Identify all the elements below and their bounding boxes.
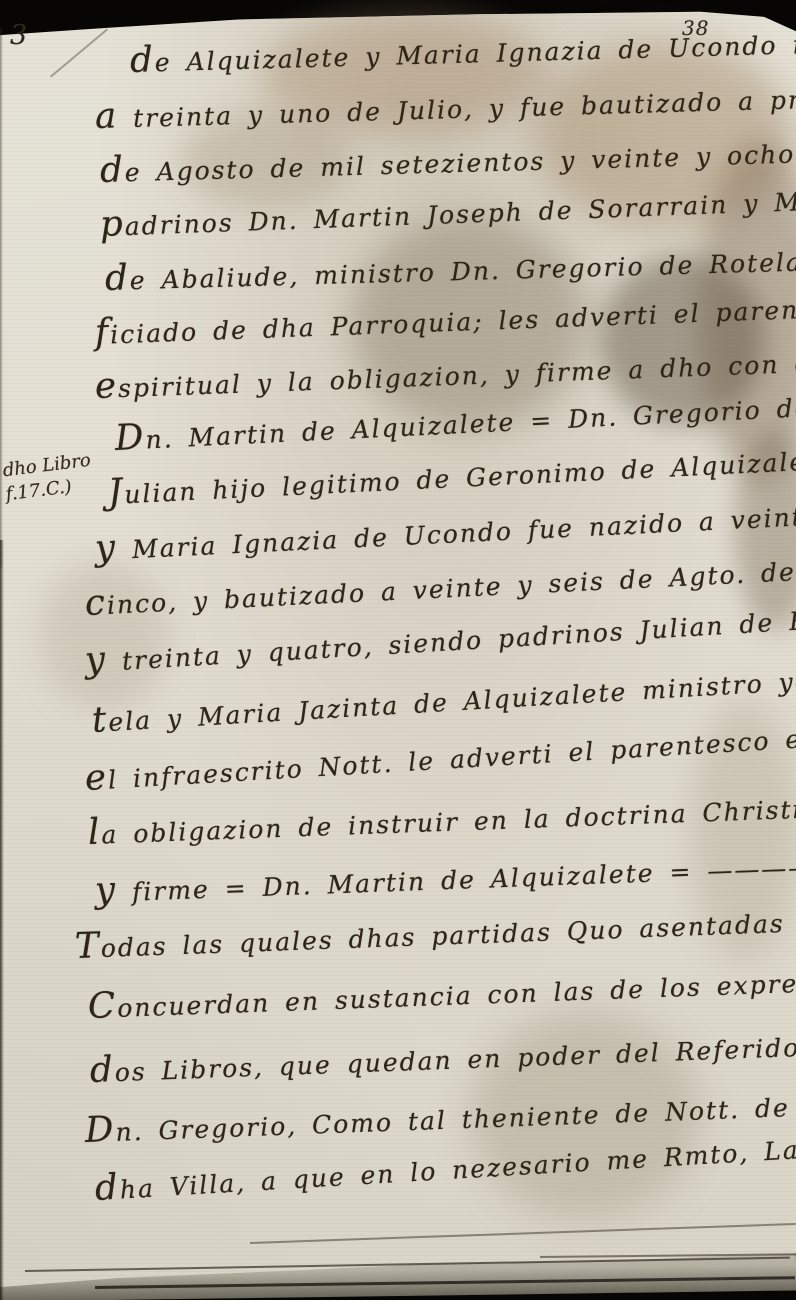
binding-edge <box>0 540 4 1300</box>
folio-number-left: 3 <box>10 20 27 51</box>
manuscript-photo: 3 38 dho Libro f.17.C.) de Alquizalete y… <box>0 0 796 1300</box>
page-edge <box>0 28 3 568</box>
